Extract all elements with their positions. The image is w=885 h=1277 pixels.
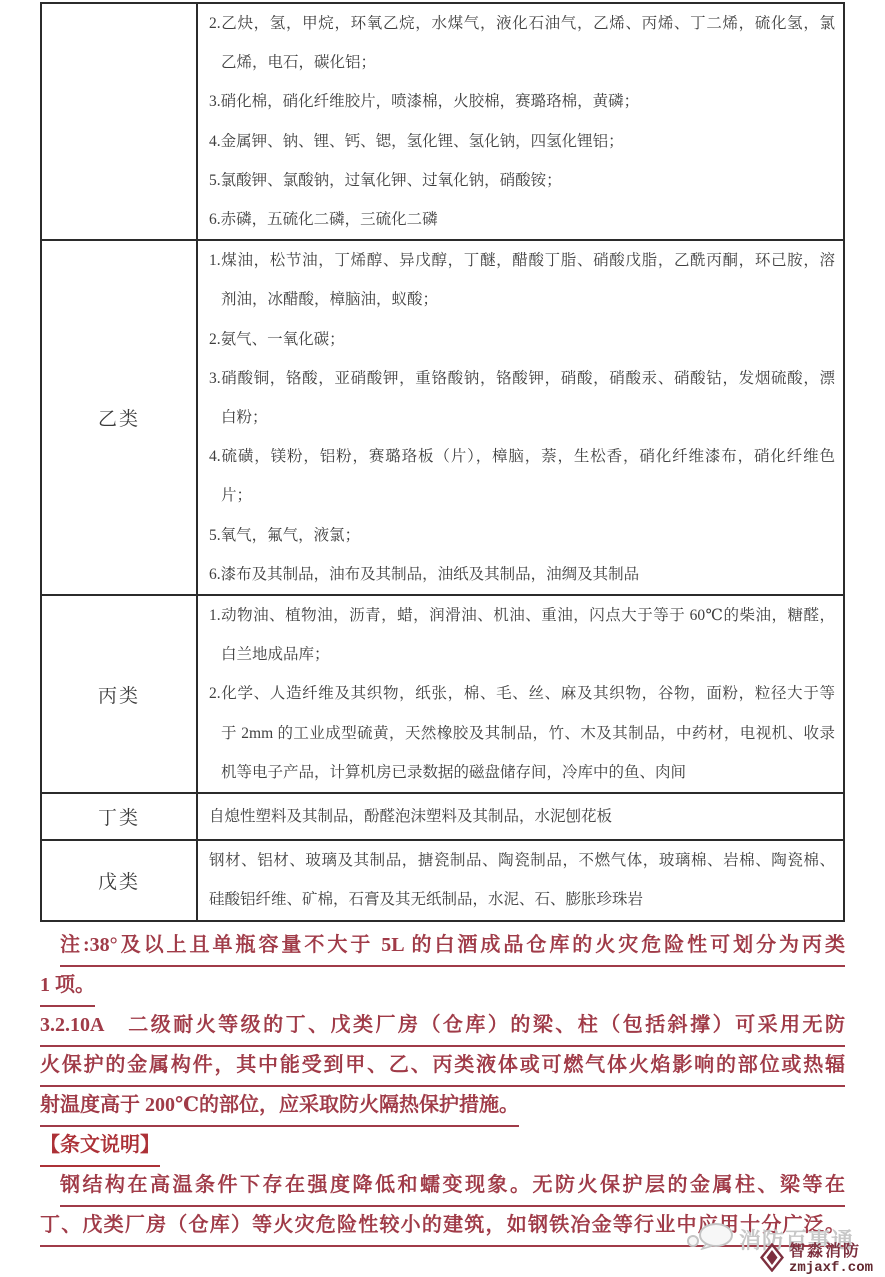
content-cell: 1.动物油、植物油，沥青，蜡，润滑油、机油、重油，闪点大于等于 60℃的柴油，糖… bbox=[198, 596, 843, 792]
content-line: 剂油，冰醋酸，樟脑油，蚁酸； bbox=[209, 280, 835, 319]
category-cell: 丙类 bbox=[42, 596, 198, 792]
note-line: 【条文说明】 bbox=[40, 1128, 845, 1168]
diamond-logo-icon bbox=[760, 1243, 784, 1277]
category-cell: 乙类 bbox=[42, 241, 198, 594]
watermark-red-brand: 智淼消防 bbox=[789, 1244, 873, 1261]
content-cell: 钢材、铝材、玻璃及其制品，搪瓷制品、陶瓷制品，不燃气体，玻璃棉、岩棉、陶瓷棉、硅… bbox=[198, 841, 843, 919]
content-line: 2.化学、人造纤维及其织物，纸张，棉、毛、丝、麻及其织物，谷物，面粉，粒径大于等 bbox=[209, 674, 835, 713]
note-line: 1 项。 bbox=[40, 968, 845, 1008]
content-cell: 2.乙炔，氢，甲烷，环氧乙烷，水煤气，液化石油气，乙烯、丙烯、丁二烯，硫化氢，氯… bbox=[198, 4, 843, 239]
content-line: 4.硫磺，镁粉，铝粉，赛璐珞板（片），樟脑，萘，生松香，硝化纤维漆布，硝化纤维色 bbox=[209, 437, 835, 476]
content-cell: 自熄性塑料及其制品，酚醛泡沫塑料及其制品，水泥刨花板 bbox=[198, 794, 843, 839]
content-line: 4.金属钾、钠、锂、钙、锶，氢化锂、氢化钠，四氢化锂铝； bbox=[209, 122, 835, 161]
content-line: 5.氯酸钾、氯酸钠，过氧化钾、过氧化钠，硝酸铵； bbox=[209, 161, 835, 200]
content-line: 乙烯，电石，碳化铝； bbox=[209, 43, 835, 82]
note-line: 火保护的金属构件，其中能受到甲、乙、丙类液体或可燃气体火焰影响的部位或热辐 bbox=[40, 1048, 845, 1088]
category-cell: 丁类 bbox=[42, 794, 198, 839]
clause-notes: 注:38°及以上且单瓶容量不大于 5L 的白酒成品仓库的火灾危险性可划分为丙类1… bbox=[40, 928, 845, 1248]
category-cell: 戊类 bbox=[42, 841, 198, 919]
table-row: 2.乙炔，氢，甲烷，环氧乙烷，水煤气，液化石油气，乙烯、丙烯、丁二烯，硫化氢，氯… bbox=[42, 4, 843, 239]
content-line: 3.硝酸铜，铬酸，亚硝酸钾，重铬酸钠，铬酸钾，硝酸，硝酸汞、硝酸钴，发烟硫酸，漂 bbox=[209, 359, 835, 398]
content-line: 片； bbox=[209, 476, 835, 515]
content-line: 1.动物油、植物油，沥青，蜡，润滑油、机油、重油，闪点大于等于 60℃的柴油，糖… bbox=[209, 596, 835, 635]
table-row: 戊类 钢材、铝材、玻璃及其制品，搪瓷制品、陶瓷制品，不燃气体，玻璃棉、岩棉、陶瓷… bbox=[42, 839, 843, 919]
content-line: 白兰地成品库； bbox=[209, 635, 835, 674]
content-cell: 1.煤油，松节油，丁烯醇、异戊醇，丁醚，醋酸丁脂、硝酸戊脂，乙酰丙酮，环己胺，溶… bbox=[198, 241, 843, 594]
table-row: 丁类 自熄性塑料及其制品，酚醛泡沫塑料及其制品，水泥刨花板 bbox=[42, 792, 843, 839]
fire-hazard-classification-table: 2.乙炔，氢，甲烷，环氧乙烷，水煤气，液化石油气，乙烯、丙烯、丁二烯，硫化氢，氯… bbox=[40, 2, 845, 922]
content-line: 1.煤油，松节油，丁烯醇、异戊醇，丁醚，醋酸丁脂、硝酸戊脂，乙酰丙酮，环己胺，溶 bbox=[209, 241, 835, 280]
watermark-red-row: 智淼消防 zmjaxf.com bbox=[760, 1243, 873, 1277]
content-line: 硅酸铝纤维、矿棉，石膏及其无纸制品，水泥、石、膨胀珍珠岩 bbox=[209, 880, 835, 919]
content-line: 3.硝化棉，硝化纤维胶片，喷漆棉，火胶棉，赛璐珞棉，黄磷； bbox=[209, 82, 835, 121]
content-line: 白粉； bbox=[209, 398, 835, 437]
content-line: 6.赤磷，五硫化二磷，三硫化二磷 bbox=[209, 200, 835, 239]
content-line: 2.氨气、一氧化碳； bbox=[209, 320, 835, 359]
table-row: 丙类 1.动物油、植物油，沥青，蜡，润滑油、机油、重油，闪点大于等于 60℃的柴… bbox=[42, 594, 843, 792]
content-line: 机等电子产品，计算机房已录数据的磁盘储存间，冷库中的鱼、肉间 bbox=[209, 753, 835, 792]
content-line: 5.氧气，氟气，液氯； bbox=[209, 516, 835, 555]
content-line: 2.乙炔，氢，甲烷，环氧乙烷，水煤气，液化石油气，乙烯、丙烯、丁二烯，硫化氢，氯 bbox=[209, 4, 835, 43]
watermark-domain: zmjaxf.com bbox=[789, 1261, 873, 1276]
note-line: 3.2.10A 二级耐火等级的丁、戊类厂房（仓库）的梁、柱（包括斜撑）可采用无防 bbox=[40, 1008, 845, 1048]
category-cell bbox=[42, 4, 198, 239]
content-line: 自熄性塑料及其制品，酚醛泡沫塑料及其制品，水泥刨花板 bbox=[209, 797, 835, 836]
note-line: 注:38°及以上且单瓶容量不大于 5L 的白酒成品仓库的火灾危险性可划分为丙类 bbox=[40, 928, 845, 968]
watermark: 消防百事通 智淼消防 zmjaxf.com bbox=[686, 1220, 876, 1277]
watermark-red-text: 智淼消防 zmjaxf.com bbox=[789, 1244, 873, 1275]
note-line: 射温度高于 200℃的部位，应采取防火隔热保护措施。 bbox=[40, 1088, 845, 1128]
table-row: 乙类 1.煤油，松节油，丁烯醇、异戊醇，丁醚，醋酸丁脂、硝酸戊脂，乙酰丙酮，环己… bbox=[42, 239, 843, 594]
chat-bubble-icon bbox=[686, 1222, 734, 1256]
content-line: 于 2mm 的工业成型硫黄，天然橡胶及其制品，竹、木及其制品，中药材，电视机、收… bbox=[209, 714, 835, 753]
content-line: 6.漆布及其制品，油布及其制品，油纸及其制品，油绸及其制品 bbox=[209, 555, 835, 594]
content-line: 钢材、铝材、玻璃及其制品，搪瓷制品、陶瓷制品，不燃气体，玻璃棉、岩棉、陶瓷棉、 bbox=[209, 841, 835, 880]
note-line: 钢结构在高温条件下存在强度降低和蠕变现象。无防火保护层的金属柱、梁等在 bbox=[40, 1168, 845, 1208]
